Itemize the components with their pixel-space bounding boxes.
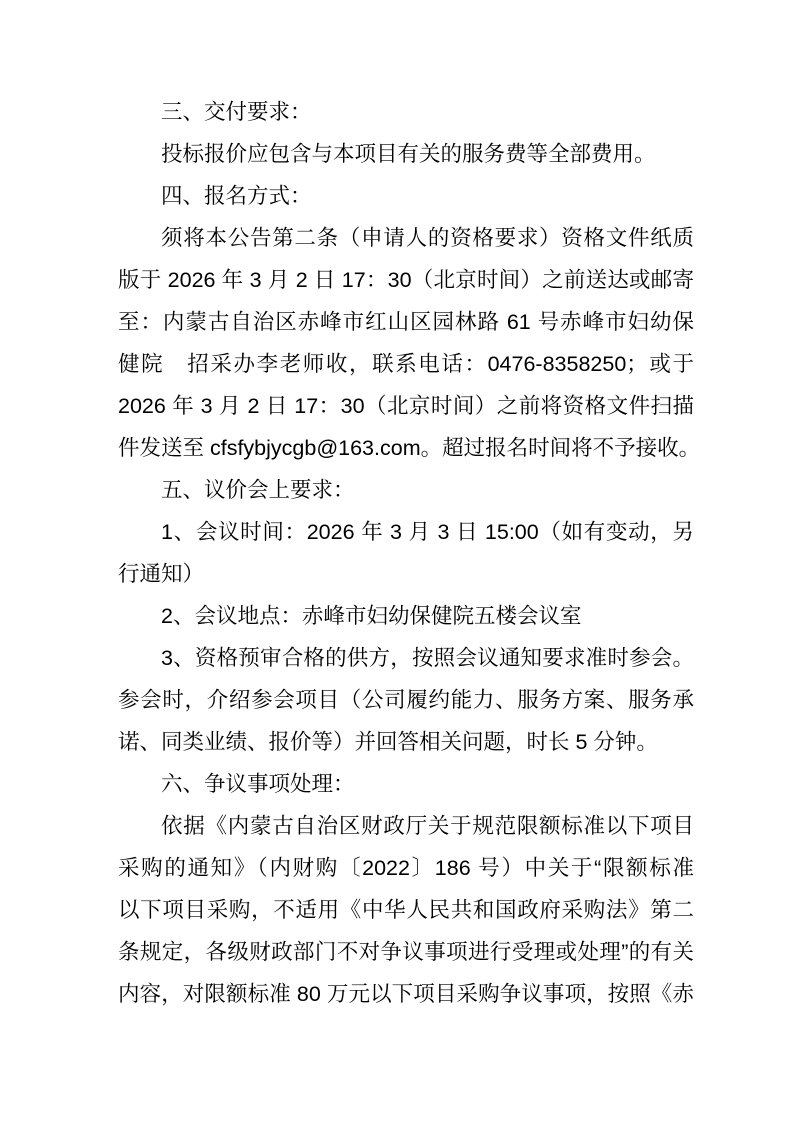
- section-heading: 六、争议事项处理：: [118, 763, 694, 805]
- paragraph: 依据《内蒙古自治区财政厅关于规范限额标准以下项目采购的通知》（内财购〔2022〕…: [118, 805, 694, 1015]
- text-line: 至：内蒙古自治区赤峰市红山区园林路 61 号赤峰市妇幼保: [118, 301, 694, 343]
- text-line: 三、交付要求：: [118, 91, 694, 133]
- text-line: 2、会议地点：赤峰市妇幼保健院五楼会议室: [118, 595, 694, 637]
- text-line: 依据《内蒙古自治区财政厅关于规范限额标准以下项目: [118, 805, 694, 847]
- paragraph: 须将本公告第二条（申请人的资格要求）资格文件纸质版于 2026 年 3 月 2 …: [118, 217, 694, 469]
- text-line: 参会时，介绍参会项目（公司履约能力、服务方案、服务承: [118, 679, 694, 721]
- text-line: 以下项目采购，不适用《中华人民共和国政府采购法》第二: [118, 889, 694, 931]
- text-line: 采购的通知》（内财购〔2022〕186 号）中关于“限额标准: [118, 847, 694, 889]
- text-line: 五、议价会上要求：: [118, 469, 694, 511]
- text-line: 1、会议时间：2026 年 3 月 3 日 15:00（如有变动，另: [118, 511, 694, 553]
- text-line: 条规定，各级财政部门不对争议事项进行受理或处理”的有关: [118, 931, 694, 973]
- text-line: 四、报名方式：: [118, 175, 694, 217]
- section-heading: 四、报名方式：: [118, 175, 694, 217]
- text-line: 行通知）: [118, 553, 694, 595]
- paragraph: 2、会议地点：赤峰市妇幼保健院五楼会议室: [118, 595, 694, 637]
- text-line: 件发送至 cfsfybjycgb@163.com。超过报名时间将不予接收。: [118, 427, 694, 469]
- document-page: 三、交付要求：投标报价应包含与本项目有关的服务费等全部费用。四、报名方式：须将本…: [0, 0, 793, 1121]
- section-heading: 五、议价会上要求：: [118, 469, 694, 511]
- document-body: 三、交付要求：投标报价应包含与本项目有关的服务费等全部费用。四、报名方式：须将本…: [118, 91, 694, 1015]
- text-line: 2026 年 3 月 2 日 17：30（北京时间）之前将资格文件扫描: [118, 385, 694, 427]
- paragraph: 投标报价应包含与本项目有关的服务费等全部费用。: [118, 133, 694, 175]
- paragraph: 1、会议时间：2026 年 3 月 3 日 15:00（如有变动，另行通知）: [118, 511, 694, 595]
- text-line: 内容，对限额标准 80 万元以下项目采购争议事项，按照《赤: [118, 973, 694, 1015]
- text-line: 版于 2026 年 3 月 2 日 17：30（北京时间）之前送达或邮寄: [118, 259, 694, 301]
- text-line: 诺、同类业绩、报价等）并回答相关问题，时长 5 分钟。: [118, 721, 694, 763]
- section-heading: 三、交付要求：: [118, 91, 694, 133]
- text-line: 六、争议事项处理：: [118, 763, 694, 805]
- text-line: 投标报价应包含与本项目有关的服务费等全部费用。: [118, 133, 694, 175]
- text-line: 3、资格预审合格的供方，按照会议通知要求准时参会。: [118, 637, 694, 679]
- paragraph: 3、资格预审合格的供方，按照会议通知要求准时参会。参会时，介绍参会项目（公司履约…: [118, 637, 694, 763]
- text-line: 须将本公告第二条（申请人的资格要求）资格文件纸质: [118, 217, 694, 259]
- text-line: 健院 招采办李老师收，联系电话：0476-8358250；或于: [118, 343, 694, 385]
